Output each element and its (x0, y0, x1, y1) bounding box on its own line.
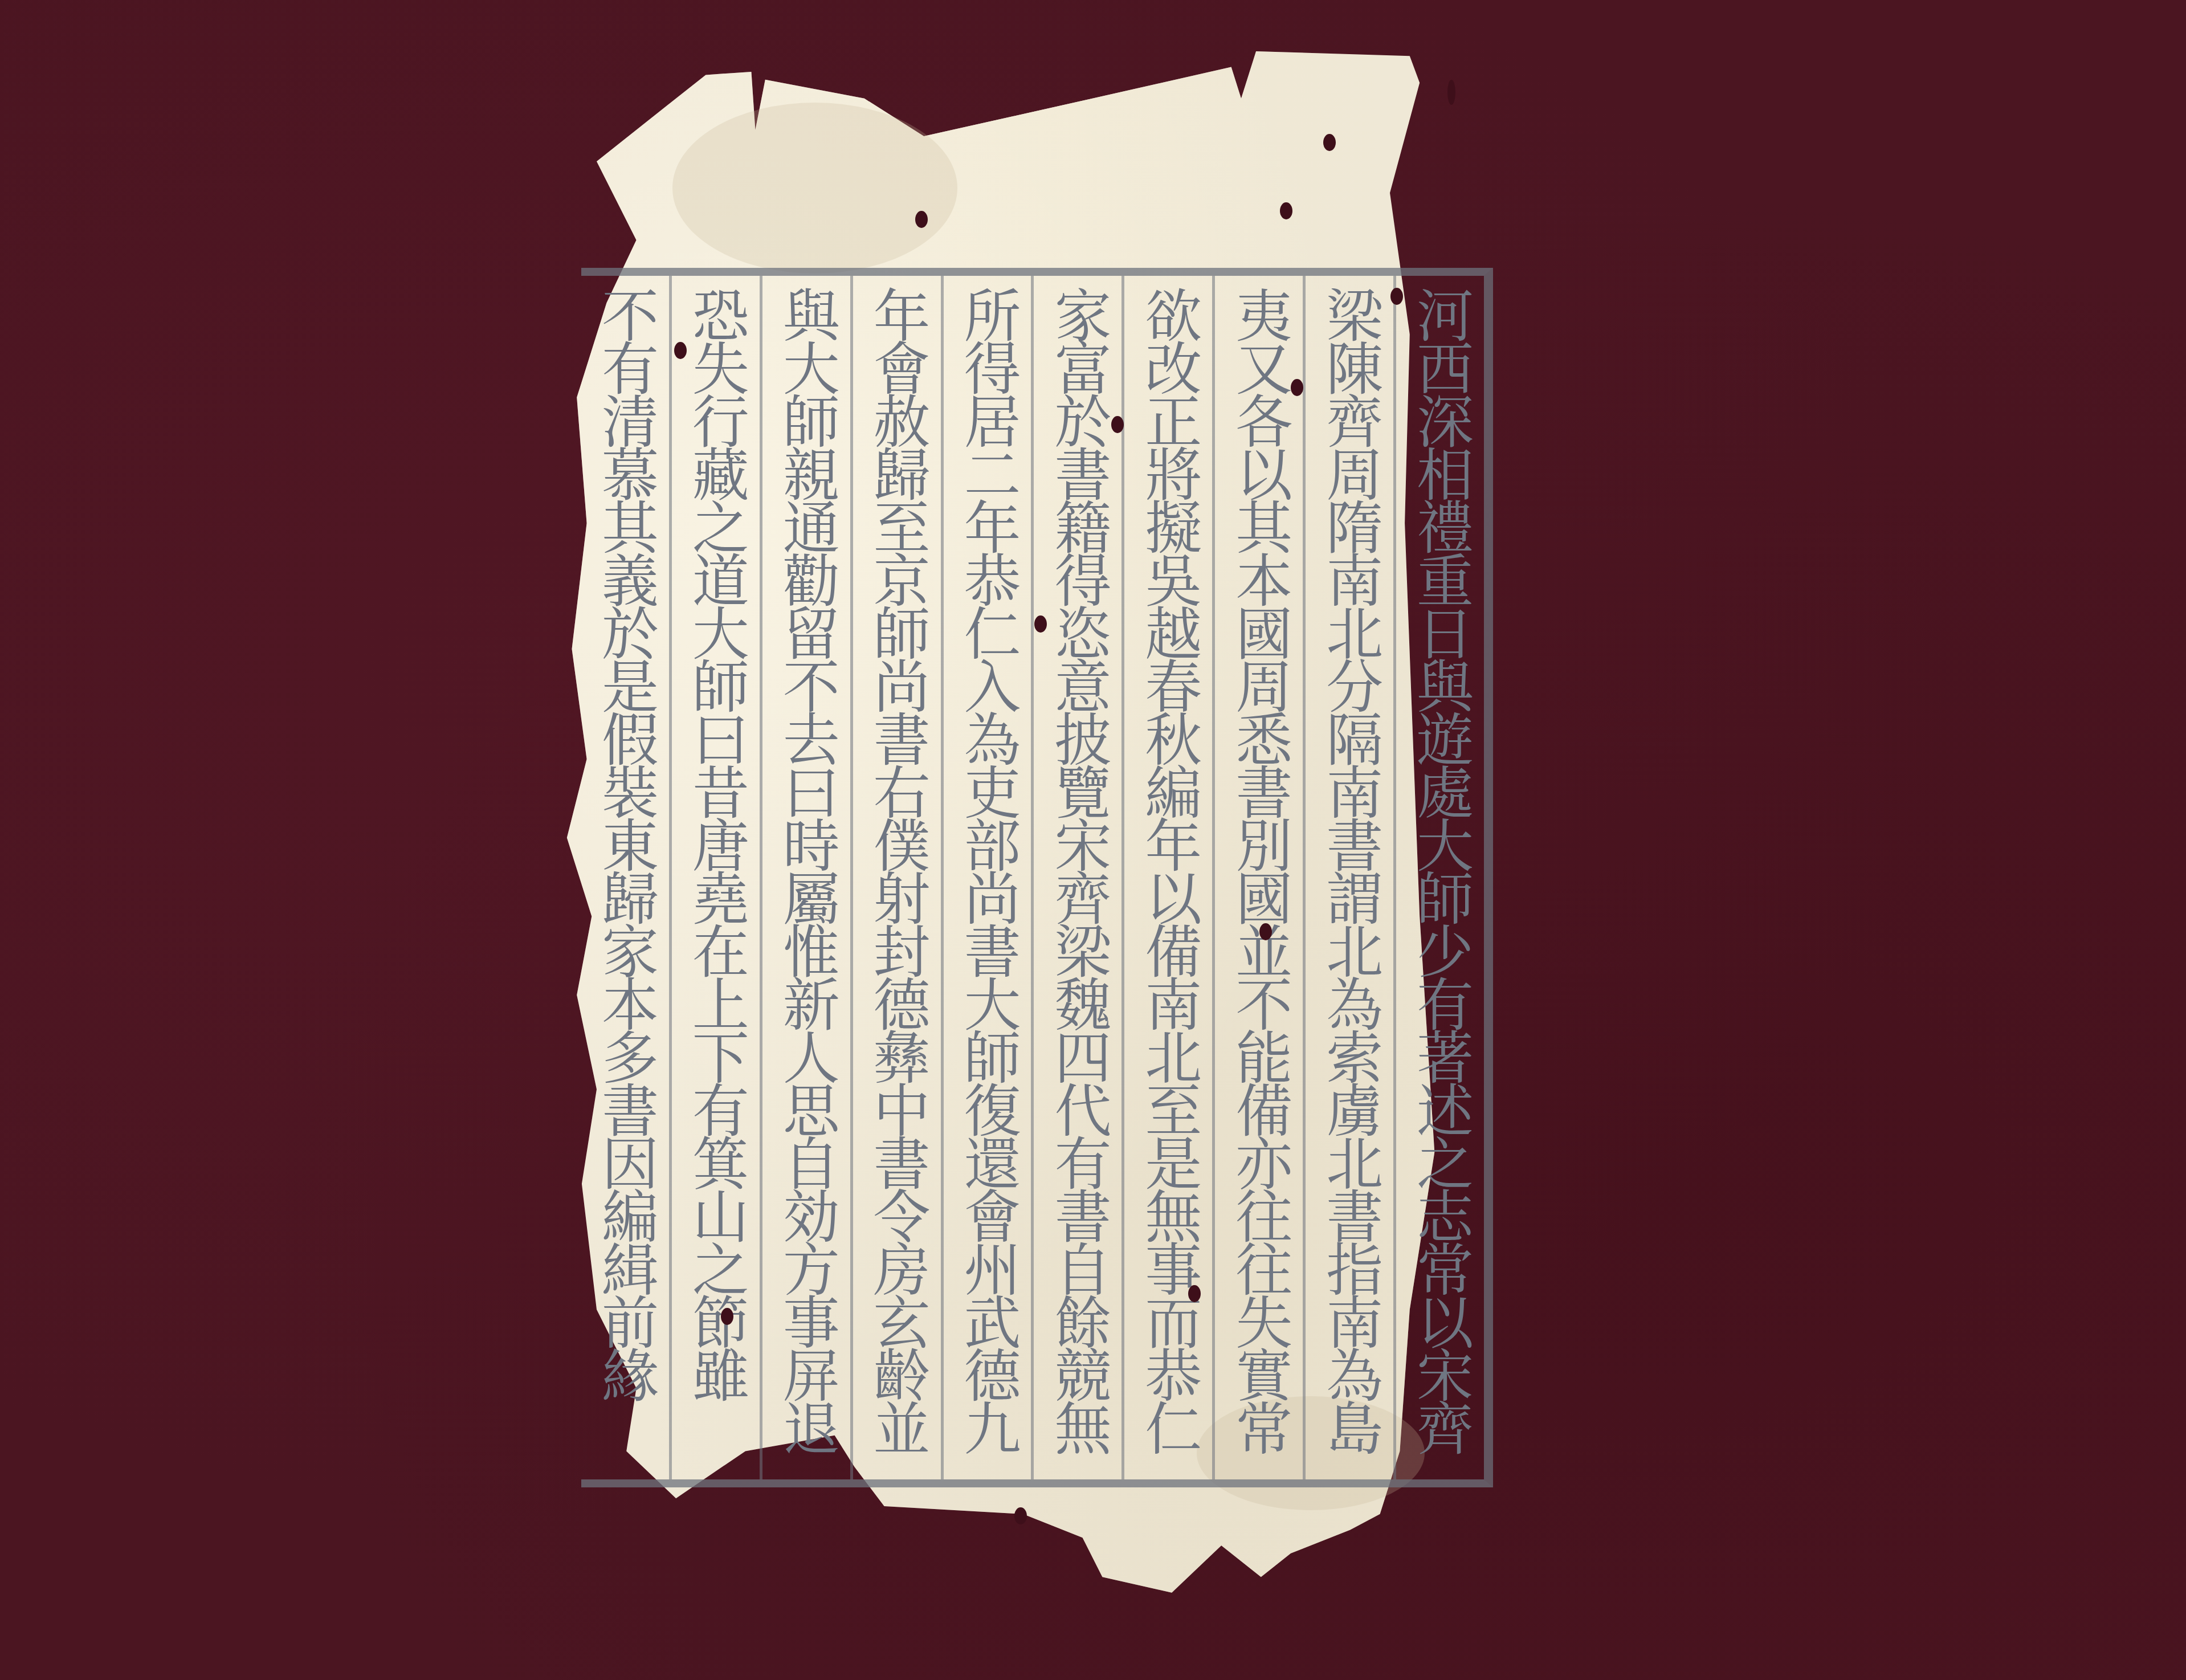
wormhole (1034, 615, 1047, 633)
column-text: 夷又各以其本國周悉書別國並不能備亦往往失實常 (1230, 286, 1287, 1452)
column-text: 恐失行藏之道大師曰昔唐堯在上下有箕山之節雖 (687, 286, 744, 1399)
text-column-9: 恐失行藏之道大師曰昔唐堯在上下有箕山之節雖 (669, 276, 760, 1479)
column-text: 不有清慕其義於是假裝東歸家本多書因編緝前緣 (597, 286, 654, 1399)
wormhole (1188, 1285, 1201, 1302)
printed-text-block: 河西深相禮重日與遊處大師少有著述之志常以宋齊 梁陳齊周隋南北分隔南書謂北為索虜北… (581, 268, 1493, 1487)
text-columns: 河西深相禮重日與遊處大師少有著述之志常以宋齊 梁陳齊周隋南北分隔南書謂北為索虜北… (581, 276, 1484, 1479)
text-column-3: 夷又各以其本國周悉書別國並不能備亦往往失實常 (1212, 276, 1303, 1479)
text-column-2: 梁陳齊周隋南北分隔南書謂北為索虜北書指南為島 (1303, 276, 1393, 1479)
column-text: 河西深相禮重日與遊處大師少有著述之志常以宋齊 (1412, 286, 1469, 1452)
column-text: 所得居二年恭仁入為吏部尚書大師復還會州武德九 (959, 286, 1016, 1452)
wormhole (1280, 202, 1292, 219)
text-column-10: 不有清慕其義於是假裝東歸家本多書因編緝前緣 (581, 276, 669, 1479)
column-text: 家富於書籍得恣意披覽宋齊梁魏四代有書自餘競無 (1049, 286, 1106, 1452)
text-column-5: 家富於書籍得恣意披覽宋齊梁魏四代有書自餘競無 (1031, 276, 1121, 1479)
text-column-6: 所得居二年恭仁入為吏部尚書大師復還會州武德九 (941, 276, 1031, 1479)
wormhole (1259, 923, 1272, 940)
wormhole (1447, 80, 1455, 105)
wormhole (721, 1308, 733, 1325)
wormhole (674, 342, 687, 359)
wormhole (1014, 1507, 1027, 1524)
text-column-8: 與大師親通勸留不去曰時屬惟新人思自効方事屏退 (760, 276, 850, 1479)
paper-stain (672, 103, 957, 274)
text-column-7: 年會赦歸至京師尚書右僕射封德彝中書令房玄齡並 (850, 276, 941, 1479)
text-column-1: 河西深相禮重日與遊處大師少有著述之志常以宋齊 (1393, 276, 1484, 1479)
wormhole (1291, 379, 1303, 396)
wormhole (915, 211, 928, 228)
column-text: 梁陳齊周隋南北分隔南書謂北為索虜北書指南為島 (1321, 286, 1378, 1452)
wormhole (1390, 288, 1403, 305)
column-text: 與大師親通勸留不去曰時屬惟新人思自効方事屏退 (778, 286, 835, 1452)
wormhole (1111, 416, 1124, 433)
column-text: 欲改正將擬吳越春秋編年以備南北至是無事而恭仁 (1140, 286, 1197, 1452)
column-text: 年會赦歸至京師尚書右僕射封德彝中書令房玄齡並 (868, 286, 925, 1452)
wormhole (1323, 134, 1336, 151)
